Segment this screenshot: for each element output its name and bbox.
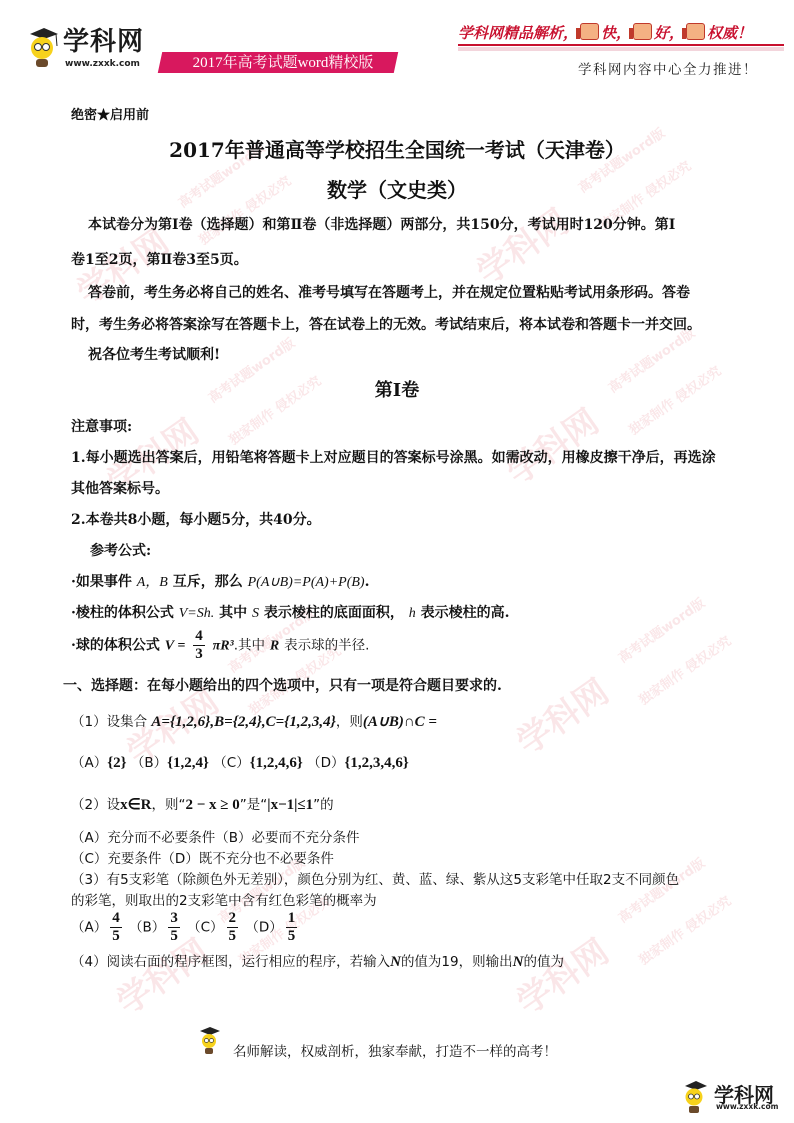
formula-var: h — [409, 606, 416, 621]
watermark-brand: 学科网 — [505, 665, 617, 764]
formula-text: .其中 — [234, 638, 265, 654]
question-1: （1）设集合 A={1,2,6},B={2,4},C={1,2,3,4}，则(A… — [71, 710, 437, 731]
fraction-numerator: 4 — [110, 910, 122, 928]
slogan-part: 学科网精品解析， — [458, 24, 578, 42]
fraction: 25 — [227, 910, 239, 945]
fraction-numerator: 1 — [286, 910, 298, 928]
slogan-part: 好， — [654, 24, 684, 42]
intro-paragraph-line: 本试卷分为第Ⅰ卷（选择题）和第Ⅱ卷（非选择题）两部分，共150分，考试用时120… — [88, 214, 675, 234]
option-label: （B） — [131, 755, 167, 771]
section-title: 第Ⅰ卷 — [0, 376, 794, 402]
footer-slogan: 名师解读，权威剖析，独家奉献，打造不一样的高考！ — [233, 1040, 557, 1060]
question-2-options: （A）充分而不必要条件（B）必要而不充分条件 — [71, 826, 360, 846]
question-math: A={1,2,6},B={2,4},C={1,2,3,4} — [151, 714, 336, 730]
option-value: {1,2,4} — [167, 755, 209, 771]
option-value: {1,2,4,6} — [250, 755, 303, 771]
edition-banner: 2017年高考试题word精校版 — [170, 53, 396, 73]
fraction-denominator: 5 — [110, 928, 122, 945]
formula-union: ·如果事件 A，B 互斥，那么 P(A∪B)=P(A)+P(B). — [71, 571, 369, 591]
option-label: （D） — [307, 755, 344, 771]
header-slogan: 学科网精品解析，快，好，权威！ — [458, 22, 752, 43]
fraction: 43 — [193, 628, 205, 663]
formula-text: 互斥，那么 — [173, 574, 243, 590]
watermark-line: 高考试题word版 — [614, 853, 708, 927]
secret-label: 绝密★启用前 — [71, 104, 149, 123]
intro-paragraph-line: 卷1至2页，第Ⅱ卷3至5页。 — [71, 249, 248, 269]
watermark-brand: 学科网 — [505, 925, 617, 1024]
fraction-denominator: 5 — [286, 928, 298, 945]
question-math: (A∪B)∩C = — [363, 714, 437, 730]
fraction: 15 — [286, 910, 298, 945]
slogan-underline-shadow — [458, 47, 784, 51]
formula-text: 表示球的半径. — [284, 638, 369, 654]
question-var: N — [390, 954, 401, 970]
formula-prism: ·棱柱的体积公式 V=Sh. 其中 S 表示棱柱的底面面积， h 表示棱柱的高. — [71, 602, 510, 622]
fraction: 35 — [168, 910, 180, 945]
watermark-line: 独家制作 侵权必究 — [634, 891, 734, 969]
mascot-logo-icon — [682, 1080, 708, 1114]
formula-text: . — [365, 574, 370, 590]
question-3: （3）有5支彩笔（除颜色外无差别），颜色分别为红、黄、蓝、绿、紫从这5支彩笔中任… — [71, 868, 679, 888]
question-text: 的值为19，则输出 — [401, 954, 513, 970]
formula-sphere: ·球的体积公式 V = 43 πR³.其中 R 表示球的半径. — [71, 628, 369, 663]
option-label: （A） — [71, 920, 107, 936]
intro-paragraph-line: 时，考生务必将答案涂写在答题卡上，答在试卷上的无效。考试结束后，将本试卷和答题卡… — [71, 314, 701, 334]
slogan-part: 快， — [601, 24, 631, 42]
fraction-denominator: 5 — [168, 928, 180, 945]
formula-text: ·如果事件 — [71, 574, 132, 590]
question-2-options: （C）充要条件（D）既不充分也不必要条件 — [71, 847, 334, 867]
slogan-part: 权威！ — [707, 24, 752, 42]
question-text: （4）阅读右面的程序框图，运行相应的程序，若输入 — [71, 954, 390, 970]
formula-var: S — [252, 606, 259, 621]
mascot-icon — [198, 1026, 220, 1056]
fraction-numerator: 2 — [227, 910, 239, 928]
thumbs-up-icon — [633, 23, 652, 40]
part-one-heading: 一、选择题：在每小题给出的四个选项中，只有一项是符合题目要求的. — [63, 675, 502, 695]
option-label: （A） — [71, 755, 107, 771]
question-math: x∈R — [120, 797, 151, 813]
watermark-brand: 学科网 — [495, 395, 607, 494]
thumbs-up-icon — [580, 23, 599, 40]
mascot-logo-icon — [26, 26, 60, 70]
formula-rhs: πR³ — [213, 639, 234, 654]
question-text: （1）设集合 — [71, 714, 147, 730]
page-title: 2017年普通高等学校招生全国统一考试（天津卷） — [0, 134, 794, 163]
formula-text: 表示棱柱的高. — [421, 605, 510, 621]
notice-item: 1.每小题选出答案后，用铅笔将答题卡上对应题目的答案标号涂黑。如需改动，用橡皮擦… — [71, 447, 716, 467]
page-subtitle: 数学（文史类） — [0, 174, 794, 203]
formula-text: 表示棱柱的底面面积， — [264, 605, 404, 621]
formula-lhs: V = — [165, 639, 186, 654]
question-3-options: （A）45 （B）35 （C）25 （D）15 — [71, 910, 300, 945]
good-luck-line: 祝各位考生考试顺利! — [88, 344, 220, 364]
question-text: （2）设 — [71, 797, 120, 813]
watermark-line: 高考试题word版 — [614, 593, 708, 667]
watermark-brand: 学科网 — [465, 195, 577, 294]
fraction-denominator: 5 — [227, 928, 239, 945]
option-value: {2} — [107, 755, 126, 771]
question-3-cont: 的彩笔，则取出的2支彩笔中含有红色彩笔的概率为 — [71, 889, 377, 909]
thumbs-up-icon — [686, 23, 705, 40]
question-1-options: （A）{2} （B）{1,2,4} （C）{1,2,4,6} （D）{1,2,3… — [71, 751, 409, 772]
question-2: （2）设x∈R，则“2 − x ≥ 0”是“|x−1|≤1”的 — [71, 793, 334, 814]
question-text: ，则“ — [152, 797, 186, 813]
fraction-numerator: 3 — [168, 910, 180, 928]
notice-item: 2.本卷共8小题，每小题5分，共40分。 — [71, 509, 321, 529]
fraction: 45 — [110, 910, 122, 945]
fraction-denominator: 3 — [193, 646, 205, 663]
question-math: 2 − x ≥ 0 — [186, 797, 240, 813]
formula-var: R — [270, 639, 279, 654]
formula-title: 参考公式: — [90, 540, 151, 560]
logo-url: www.zxxk.com — [65, 59, 140, 69]
option-label: （C） — [187, 920, 223, 936]
question-text: ”是“ — [240, 797, 268, 813]
question-4: （4）阅读右面的程序框图，运行相应的程序，若输入N的值为19，则输出N的值为 — [71, 950, 564, 971]
question-text: 的值为 — [523, 954, 564, 970]
notice-item: 其他答案标号。 — [71, 478, 169, 498]
watermark-line: 独家制作 侵权必究 — [634, 631, 734, 709]
sub-slogan: 学科网内容中心全力推进！ — [578, 58, 758, 78]
formula-text: ·棱柱的体积公式 — [71, 605, 174, 621]
formula-text: 其中 — [219, 605, 247, 621]
question-text: ”的 — [313, 797, 334, 813]
formula-expr: V=Sh. — [179, 606, 215, 621]
notice-title: 注意事项: — [71, 416, 132, 436]
formula-text: ·球的体积公式 — [71, 638, 160, 654]
slogan-underline — [458, 44, 784, 46]
option-label: （D） — [245, 920, 282, 936]
fraction-numerator: 4 — [193, 628, 205, 646]
footer-logo-url: www.zxxk.com — [716, 1102, 778, 1111]
formula-expr: P(A∪B)=P(A)+P(B) — [248, 575, 365, 590]
question-text: ，则 — [336, 714, 363, 730]
option-label: （C） — [213, 755, 249, 771]
intro-paragraph-line: 答卷前，考生务必将自己的姓名、准考号填写在答题考上，并在规定位置粘贴考试用条形码… — [88, 282, 690, 302]
question-math: |x−1|≤1 — [267, 797, 313, 813]
option-value: {1,2,3,4,6} — [344, 755, 408, 771]
logo-text: 学科网 — [63, 28, 144, 56]
formula-vars: A，B — [137, 575, 168, 590]
option-label: （B） — [129, 920, 165, 936]
question-var: N — [513, 954, 524, 970]
